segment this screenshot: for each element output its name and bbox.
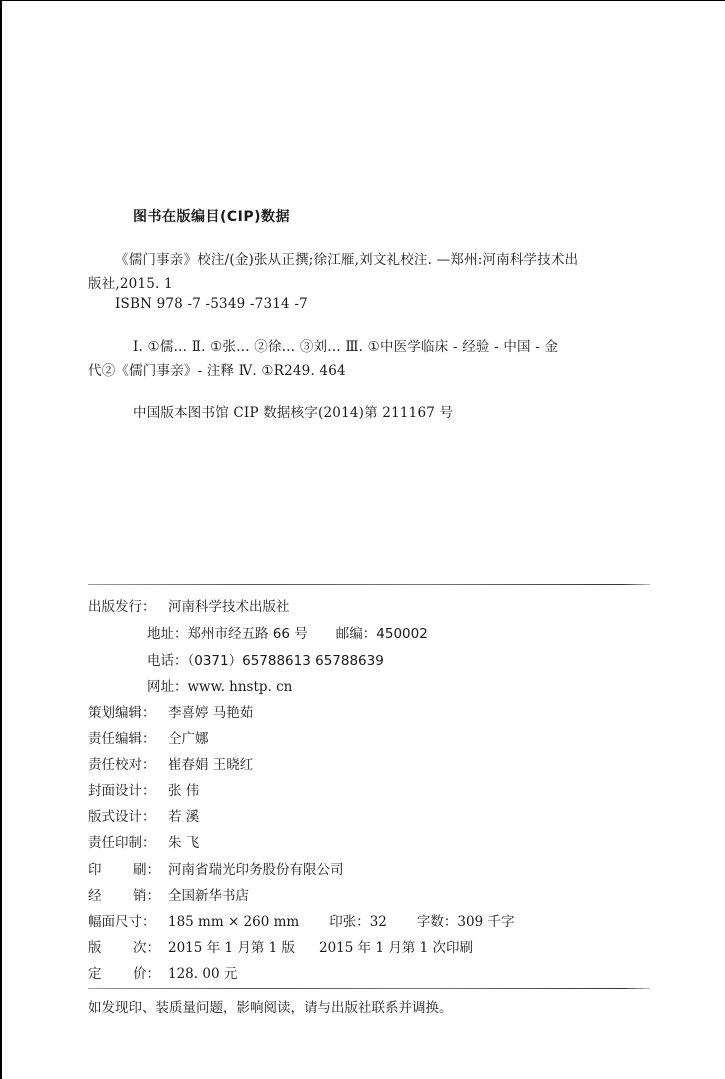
credit-row: 责任印制：朱 飞 bbox=[88, 831, 199, 851]
address-label: 地址： bbox=[147, 626, 188, 642]
size-label: 幅面尺寸： bbox=[88, 910, 168, 930]
credit-value: 张 伟 bbox=[168, 783, 199, 799]
printer-value: 河南省瑞光印务股份有限公司 bbox=[168, 862, 344, 878]
publisher-row: 出版发行：河南科学技术出版社 bbox=[88, 595, 290, 615]
price-row: 定价：128. 00 元 bbox=[88, 962, 237, 982]
words-value: 309 千字 bbox=[457, 914, 514, 930]
address-row: 地址：郑州市经五路 66 号邮编：450002 bbox=[147, 622, 428, 642]
credit-label: 策划编辑： bbox=[88, 701, 168, 721]
printer-row: 印刷：河南省瑞光印务股份有限公司 bbox=[88, 858, 344, 878]
cip-description-line1: 《儒门事亲》校注/(金)张从正撰;徐江雁,刘文礼校注. —郑州:河南科学技术出 bbox=[115, 248, 578, 268]
distributor-row: 经销：全国新华书店 bbox=[88, 884, 249, 904]
printer-label-a: 印 bbox=[88, 858, 102, 878]
price-label: 定价： bbox=[88, 962, 160, 982]
cip-title: 图书在版编目(CIP)数据 bbox=[133, 206, 290, 226]
cip-classification-line2: 代②《儒门事亲》- 注释 Ⅳ. ①R249. 464 bbox=[88, 359, 346, 379]
edition-label-b: 次： bbox=[133, 936, 160, 956]
price-label-a: 定 bbox=[88, 962, 102, 982]
website-label: 网址： bbox=[147, 679, 188, 695]
credit-row: 封面设计：张 伟 bbox=[88, 779, 199, 799]
distributor-value: 全国新华书店 bbox=[168, 888, 249, 904]
credit-row: 版式设计：若 溪 bbox=[88, 805, 199, 825]
postcode-value: 450002 bbox=[376, 626, 428, 642]
format-row: 幅面尺寸：185 mm × 260 mm印张：32字数：309 千字 bbox=[88, 910, 514, 930]
distributor-label-b: 销： bbox=[133, 884, 160, 904]
credit-label: 责任校对： bbox=[88, 753, 168, 773]
credit-row: 策划编辑：李喜婷 马艳茹 bbox=[88, 701, 253, 721]
credit-value: 朱 飞 bbox=[168, 835, 199, 851]
sheets-label: 印张： bbox=[329, 914, 370, 930]
credit-label: 封面设计： bbox=[88, 779, 168, 799]
edition-label: 版次： bbox=[88, 936, 160, 956]
credit-label: 责任编辑： bbox=[88, 727, 168, 747]
credit-value: 若 溪 bbox=[168, 809, 199, 825]
publisher-name: 河南科学技术出版社 bbox=[168, 599, 290, 615]
address-value: 郑州市经五路 66 号 bbox=[188, 626, 308, 642]
postcode-label: 邮编： bbox=[336, 626, 377, 642]
credit-label: 责任印制： bbox=[88, 831, 168, 851]
printer-label: 印刷： bbox=[88, 858, 160, 878]
quality-notice: 如发现印、装质量问题，影响阅读，请与出版社联系并调换。 bbox=[88, 996, 453, 1016]
credit-row: 责任编辑：仝广娜 bbox=[88, 727, 209, 747]
phone-label: 电话： bbox=[147, 653, 188, 669]
distributor-label: 经销： bbox=[88, 884, 160, 904]
size-value: 185 mm × 260 mm bbox=[168, 914, 299, 930]
bottom-divider bbox=[88, 988, 650, 989]
phone-value: （0371）65788613 65788639 bbox=[188, 653, 384, 669]
cip-classification-line1: Ⅰ. ①儒… Ⅱ. ①张… ②徐… ③刘… Ⅲ. ①中医学临床 - 经验 - 中… bbox=[133, 335, 558, 355]
edition-label-a: 版 bbox=[88, 936, 102, 956]
phone-row: 电话：（0371）65788613 65788639 bbox=[147, 649, 384, 669]
sheets-value: 32 bbox=[370, 914, 387, 930]
publisher-label: 出版发行： bbox=[88, 595, 168, 615]
credit-value: 仝广娜 bbox=[168, 731, 209, 747]
page-border-left bbox=[0, 0, 2, 1079]
top-divider bbox=[88, 584, 650, 585]
edition-row: 版次：2015 年 1 月第 1 版2015 年 1 月第 1 次印刷 bbox=[88, 936, 473, 956]
website-row: 网址：www. hnstp. cn bbox=[147, 675, 292, 695]
printer-label-b: 刷： bbox=[133, 858, 160, 878]
website-value[interactable]: www. hnstp. cn bbox=[188, 679, 293, 695]
price-label-b: 价： bbox=[133, 962, 160, 982]
cip-isbn: ISBN 978 -7 -5349 -7314 -7 bbox=[115, 296, 308, 312]
distributor-label-a: 经 bbox=[88, 884, 102, 904]
credit-value: 李喜婷 马艳茹 bbox=[168, 705, 253, 721]
credit-row: 责任校对：崔春娟 王晓红 bbox=[88, 753, 253, 773]
words-label: 字数： bbox=[417, 914, 458, 930]
impression-value: 2015 年 1 月第 1 次印刷 bbox=[319, 940, 473, 956]
credit-value: 崔春娟 王晓红 bbox=[168, 757, 253, 773]
cip-number: 中国版本图书馆 CIP 数据核字(2014)第 211167 号 bbox=[133, 401, 453, 421]
cip-description-line2: 版社,2015. 1 bbox=[88, 272, 173, 292]
page-border-top bbox=[0, 0, 725, 1]
edition-value: 2015 年 1 月第 1 版 bbox=[168, 940, 295, 956]
credit-label: 版式设计： bbox=[88, 805, 168, 825]
price-value: 128. 00 元 bbox=[168, 966, 237, 982]
